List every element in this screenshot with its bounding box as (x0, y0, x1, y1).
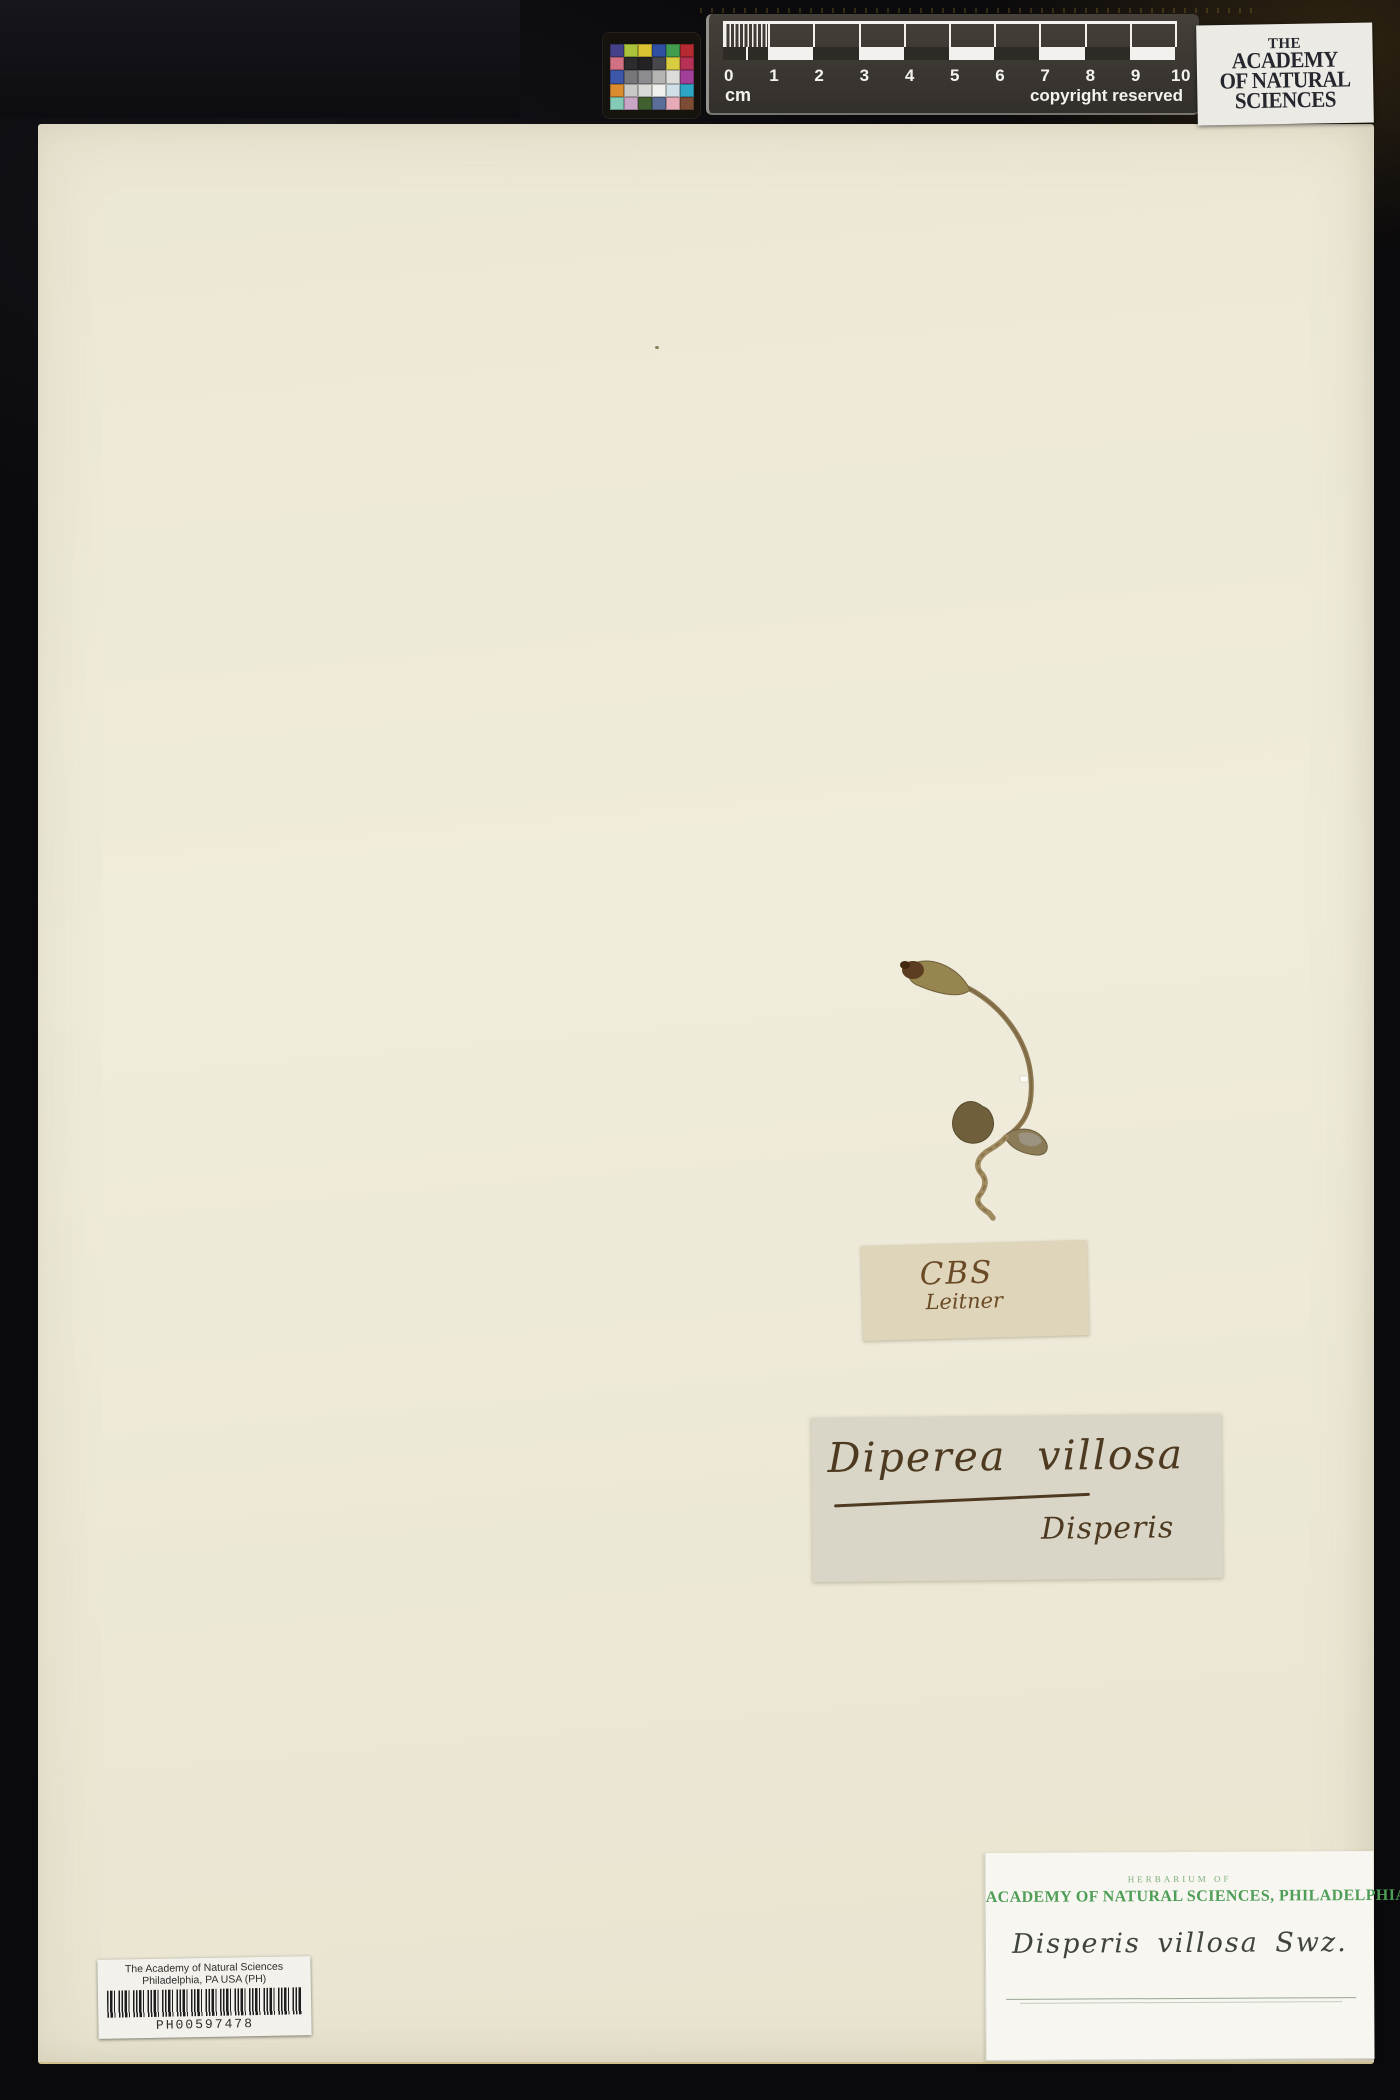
ruler-cm-segment (994, 24, 1039, 47)
institution-logo-label: THE ACADEMY OF NATURAL SCIENCES (1196, 22, 1374, 125)
color-swatch (652, 44, 666, 57)
color-swatch (666, 57, 680, 70)
ruler-cm-segment (813, 24, 858, 47)
color-swatch (666, 84, 680, 97)
herbarium-rule-line2 (1020, 2001, 1342, 2004)
color-swatch (610, 44, 624, 57)
ruler-cm-segment (723, 24, 768, 47)
color-swatch (638, 84, 652, 97)
ruler-unit-label: cm (725, 85, 751, 106)
ruler-scale (723, 21, 1181, 63)
color-swatch (610, 97, 624, 110)
ruler-number: 4 (888, 66, 932, 86)
annotation-line2: Leitner (876, 1287, 1053, 1316)
color-swatch (624, 70, 638, 83)
ruler-cm-segment (768, 24, 813, 47)
logo-line: SCIENCES (1235, 89, 1336, 112)
ruler-block (904, 47, 949, 60)
ruler-number: 3 (843, 66, 887, 86)
ruler-number: 1 (752, 66, 796, 86)
ruler-number: 5 (933, 66, 977, 86)
ruler-tick-row (723, 24, 1177, 47)
ruler-block (1085, 47, 1130, 60)
ruler-block (1130, 47, 1175, 60)
herbarium-header-small: HERBARIUM OF (986, 1873, 1374, 1885)
ruler-block (723, 47, 768, 60)
color-swatch (610, 70, 624, 83)
ruler-cm-segment (949, 24, 994, 47)
ruler-cm-segment (1130, 24, 1175, 47)
mounting-tag (1020, 1076, 1028, 1082)
annotation-label: CBS Leitner (861, 1240, 1089, 1341)
barcode-number: PH00597478 (98, 2015, 311, 2034)
ruler-cm-segment (1085, 24, 1130, 47)
ruler-number: 8 (1069, 66, 1113, 86)
color-swatch (652, 84, 666, 97)
herbarium-sheet (38, 124, 1374, 2064)
ruler-block (813, 47, 858, 60)
color-swatch (652, 70, 666, 83)
color-swatch (680, 70, 694, 83)
ruler-numbers: 012345678910 (723, 66, 1193, 86)
copyright-text: copyright reserved (1030, 86, 1183, 106)
color-swatch (610, 57, 624, 70)
color-swatch (638, 44, 652, 57)
color-swatch (624, 44, 638, 57)
color-swatch (666, 70, 680, 83)
determination-second-line: Disperis (1041, 1510, 1175, 1546)
color-swatch (638, 70, 652, 83)
color-calibration-chart (603, 33, 700, 118)
color-swatch (652, 97, 666, 110)
color-swatch (652, 57, 666, 70)
ruler-cm-segment (859, 24, 904, 47)
ruler-number: 9 (1114, 66, 1158, 86)
color-swatch (638, 97, 652, 110)
ruler-number: 6 (978, 66, 1022, 86)
color-swatch-grid (610, 44, 694, 110)
ruler-block (994, 47, 1039, 60)
determination-label: Diperea villosa Disperis (811, 1414, 1223, 1582)
ruler-block (949, 47, 994, 60)
color-swatch (624, 57, 638, 70)
barcode (107, 1987, 302, 2017)
ruler-block (768, 47, 813, 60)
ruler-block-row (723, 47, 1177, 60)
color-swatch (680, 57, 694, 70)
specimen-plant (880, 930, 1100, 1230)
herbarium-rule-line (1006, 1997, 1356, 2000)
plant-debris (700, 8, 1260, 13)
scale-bar: 012345678910 cm copyright reserved (706, 14, 1199, 115)
background-board (0, 0, 520, 118)
ruler-number: 7 (1023, 66, 1067, 86)
ruler-block (1039, 47, 1084, 60)
ruler-number: 2 (797, 66, 841, 86)
color-swatch (666, 97, 680, 110)
sheet-speck (655, 346, 659, 349)
color-swatch (624, 97, 638, 110)
specimen-flower-knob (900, 961, 910, 969)
determination-underline (834, 1493, 1090, 1508)
barcode-label: The Academy of Natural Sciences Philadel… (97, 1956, 311, 2039)
ruler-number: 0 (707, 66, 751, 86)
color-swatch (680, 97, 694, 110)
herbarium-label: HERBARIUM OF ACADEMY OF NATURAL SCIENCES… (984, 1851, 1374, 2061)
ruler-cm-segment (1039, 24, 1084, 47)
determination-name: Diperea villosa (827, 1430, 1184, 1482)
color-swatch (624, 84, 638, 97)
color-swatch (666, 44, 680, 57)
ruler-block (859, 47, 904, 60)
color-swatch (680, 44, 694, 57)
specimen-leaf-left (953, 1102, 994, 1144)
color-swatch (680, 84, 694, 97)
ruler-cm-segment (904, 24, 949, 47)
color-swatch (610, 84, 624, 97)
herbarium-determination: Disperis villosa Swz. (986, 1927, 1374, 1960)
color-swatch (638, 57, 652, 70)
herbarium-header-main: ACADEMY OF NATURAL SCIENCES, PHILADELPHI… (986, 1887, 1374, 1907)
